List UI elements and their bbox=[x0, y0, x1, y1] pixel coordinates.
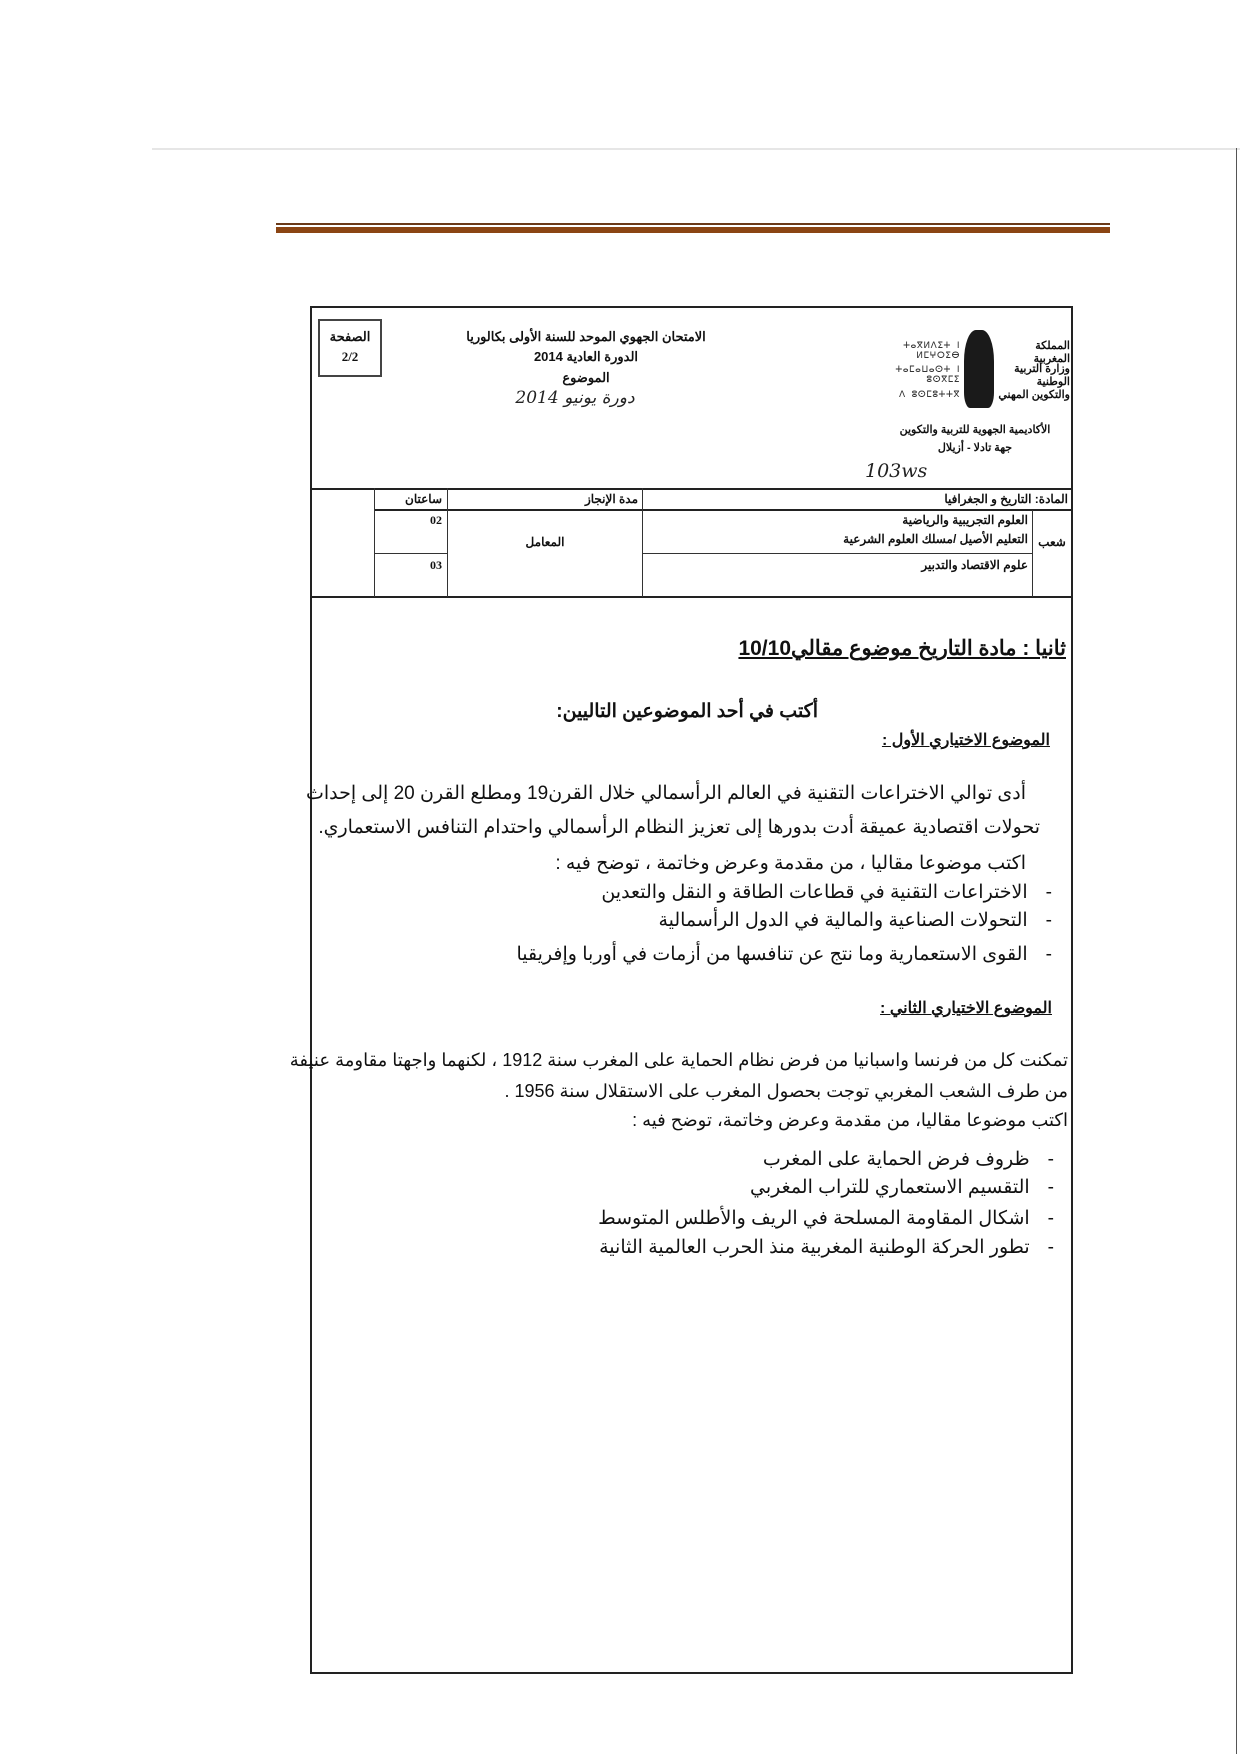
topic1-bullet-3: القوى الاستعمارية وما نتج عن تنافسها من … bbox=[540, 943, 1052, 966]
page-label: الصفحة bbox=[320, 327, 380, 347]
exam-frame bbox=[310, 306, 1073, 1674]
table-top-line bbox=[310, 488, 1073, 490]
branch-row-2-line-1: علوم الاقتصاد والتدبير bbox=[650, 558, 1028, 572]
coefficient-label: المعامل bbox=[452, 535, 638, 549]
ministry-line-1: وزارة التربية الوطنية bbox=[996, 362, 1070, 388]
topic2-task: اكتب موضوعا مقاليا، من مقدمة وعرض وخاتمة… bbox=[560, 1110, 1068, 1131]
ministry-line-2: والتكوين المهني bbox=[996, 388, 1070, 401]
table-row-divider-coef bbox=[374, 553, 447, 554]
page-number: 2/2 bbox=[320, 347, 380, 367]
tifinagh-line-3: ⴷ ⵓⵙⵎⵓⵜⵜⴳ bbox=[868, 390, 960, 400]
duration-value: ساعتان bbox=[378, 492, 442, 506]
topic1-heading: الموضوع الاختياري الأول : bbox=[770, 730, 1050, 750]
tifinagh-line-2: ⵜⴰⵎⴰⵡⴰⵙⵜ ⵏ ⵓⵙⴳⵎⵉ bbox=[868, 365, 960, 385]
branch-row-1-line-1: العلوم التجريبية والرياضية bbox=[650, 513, 1028, 527]
decorative-rule-thick bbox=[276, 227, 1110, 233]
decorative-rule-thin bbox=[276, 223, 1110, 225]
tifinagh-line-1: ⵜⴰⴳⵍⴷⵉⵜ ⵏ ⵍⵎⵖⵔⵉⴱ bbox=[868, 341, 960, 361]
page-number-box: الصفحة 2/2 bbox=[318, 319, 382, 377]
subject-label: الموضوع bbox=[436, 370, 736, 386]
section-title: ثانيا : مادة التاريخ موضوع مقالي10/10 bbox=[600, 636, 1066, 661]
subject-field: المادة: التاريخ و الجغرافيا bbox=[650, 492, 1068, 506]
handwritten-session: دورة يونيو 2014 bbox=[460, 388, 690, 408]
topic2-bullet-2: التقسيم الاستعماري للتراب المغربي bbox=[560, 1176, 1054, 1199]
table-row-divider-branch bbox=[642, 553, 1032, 554]
region-label: جهة تادلا - أزيلال bbox=[880, 441, 1070, 454]
topic1-task: اكتب موضوعا مقاليا ، من مقدمة وعرض وخاتم… bbox=[560, 852, 1026, 875]
coefficient-row-2: 03 bbox=[378, 558, 442, 573]
topic2-paragraph-line-2: من طرف الشعب المغربي توجت بحصول المغرب ع… bbox=[316, 1081, 1068, 1102]
handwritten-code: 103ws bbox=[865, 460, 945, 482]
royal-emblem-icon bbox=[964, 330, 994, 408]
topic1-paragraph-line-1: أدى توالي الاختراعات التقنية في العالم ا… bbox=[360, 782, 1026, 805]
coefficient-row-1: 02 bbox=[378, 513, 442, 528]
table-bottom-line bbox=[310, 596, 1073, 598]
exam-title: الامتحان الجهوي الموحد للسنة الأولى بكال… bbox=[436, 329, 736, 345]
branches-label: شعب bbox=[1034, 535, 1070, 549]
topic2-paragraph-line-1: تمكنت كل من فرنسا واسبانيا من فرض نظام ا… bbox=[316, 1050, 1068, 1071]
topic2-heading: الموضوع الاختياري الثاني : bbox=[770, 998, 1052, 1018]
exam-session: الدورة العادية 2014 bbox=[436, 349, 736, 365]
table-col-line-4 bbox=[1032, 510, 1033, 597]
topic1-paragraph-line-2: تحولات اقتصادية عميقة أدت بدورها إلى تعز… bbox=[360, 816, 1040, 839]
branch-row-1-line-2: التعليم الأصيل /مسلك العلوم الشرعية bbox=[650, 532, 1028, 546]
table-subheader-line bbox=[374, 509, 1073, 511]
page-right-border bbox=[1236, 148, 1237, 1754]
topic2-bullet-3: اشكال المقاومة المسلحة في الريف والأطلس … bbox=[560, 1207, 1054, 1230]
instruction: أكتب في أحد الموضوعين التاليين: bbox=[560, 700, 818, 723]
academy-label: الأكاديمية الجهوية للتربية والتكوين bbox=[880, 423, 1070, 436]
page-top-border bbox=[152, 148, 1240, 150]
topic2-bullet-4: تطور الحركة الوطنية المغربية منذ الحرب ا… bbox=[560, 1236, 1054, 1259]
topic1-bullet-2: التحولات الصناعية والمالية في الدول الرأ… bbox=[540, 909, 1052, 932]
topic1-bullet-1: الاختراعات التقنية في قطاعات الطاقة و ال… bbox=[540, 881, 1052, 904]
topic2-bullet-1: ظروف فرض الحماية على المغرب bbox=[560, 1148, 1054, 1171]
table-col-line-1 bbox=[374, 488, 375, 597]
table-col-line-2 bbox=[447, 488, 448, 597]
duration-label: مدة الإنجاز bbox=[452, 492, 638, 506]
table-col-line-3 bbox=[642, 488, 643, 597]
